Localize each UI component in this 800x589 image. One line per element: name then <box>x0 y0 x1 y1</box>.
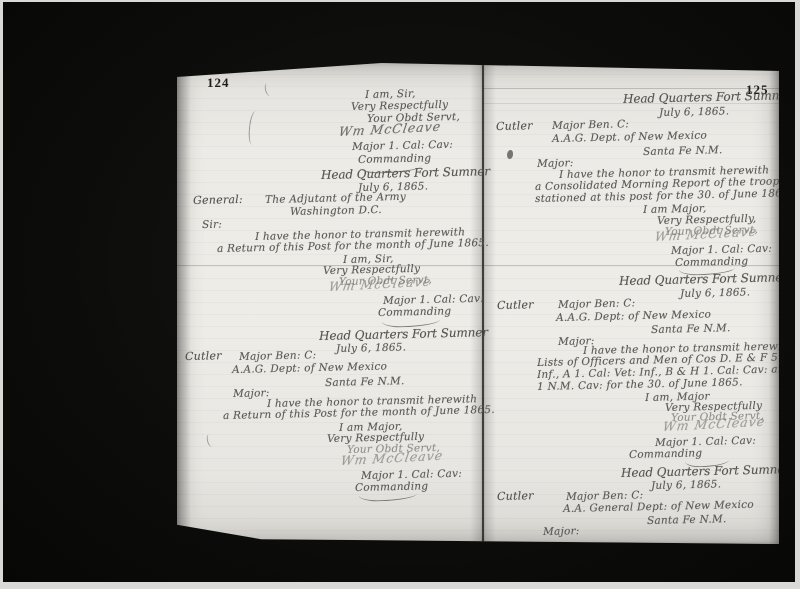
salutation: Major: <box>233 387 270 400</box>
salutation: Major: <box>543 525 580 538</box>
address-line: Major Ben. C: <box>552 118 629 132</box>
margin-note: Cutler <box>497 489 534 503</box>
address-line: Major Ben: C: <box>558 297 636 311</box>
closing-line: Commanding <box>355 480 429 494</box>
address-line: Major Ben: C: <box>239 349 317 363</box>
margin-note: General: <box>193 193 243 207</box>
handwritten-line: Major 1. Cal: Cav: <box>352 139 453 153</box>
closing-line: Commanding <box>378 305 452 319</box>
letter-date: July 6, 1865. <box>651 478 722 492</box>
page-number-left: 124 <box>207 75 230 91</box>
letter-date: July 6, 1865. <box>336 341 407 355</box>
address-line: Santa Fe N.M. <box>643 144 723 158</box>
address-line: Santa Fe N.M. <box>647 513 727 527</box>
address-line: Santa Fe N.M. <box>651 322 731 336</box>
microfilm-scan: 124 I am, Sir, Very Respectfully Your Ob… <box>0 0 800 589</box>
margin-note: Cutler <box>185 349 222 363</box>
margin-note: Cutler <box>496 119 533 133</box>
closing-line: Commanding <box>629 447 703 461</box>
letter-date: July 6, 1865. <box>680 286 751 300</box>
closing-line: Major 1. Cal: Cav: <box>655 435 756 449</box>
closing-line: Major 1. Cal: Cav: <box>671 243 772 257</box>
salutation: Sir: <box>202 219 222 231</box>
letter-date: July 6, 1865. <box>659 105 730 119</box>
address-line: Washington D.C. <box>290 204 382 218</box>
margin-note: Cutler <box>497 298 534 312</box>
document-page-spread: 124 I am, Sir, Very Respectfully Your Ob… <box>177 63 779 544</box>
address-line: Santa Fe N.M. <box>325 375 405 389</box>
page-edge-shadow-left <box>177 63 191 544</box>
